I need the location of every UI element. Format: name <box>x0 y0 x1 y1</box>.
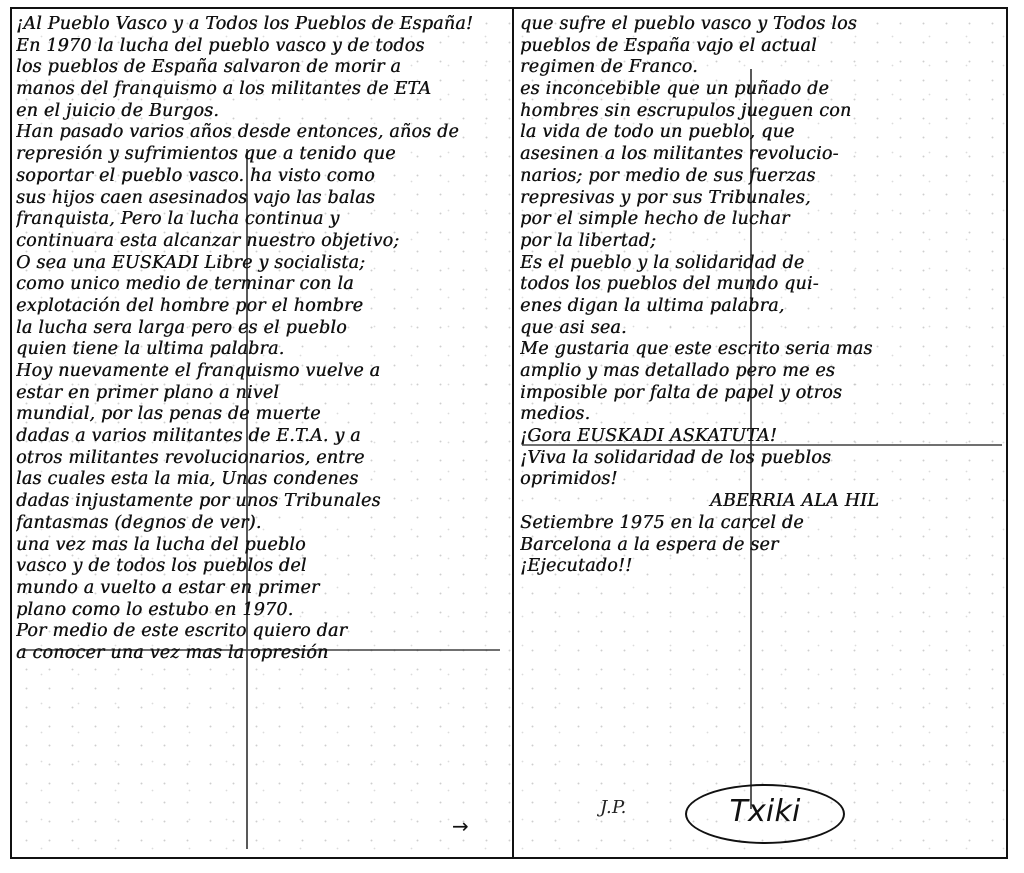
letter-line: sus hijos caen asesinados vajo las balas <box>16 188 494 210</box>
letter-line: vasco y de todos los pueblos del <box>16 556 494 578</box>
letter-line: En 1970 la lucha del pueblo vasco y de t… <box>16 36 494 58</box>
letter-line: regimen de Franco. <box>520 57 990 79</box>
continuation-arrow-icon: → <box>452 814 469 838</box>
letter-line: oprimidos! <box>520 469 990 491</box>
letter-line: las cuales esta la mia, Unas condenes <box>16 469 494 491</box>
letter-line: represión y sufrimientos que a tenido qu… <box>16 144 494 166</box>
letter-line: en el juicio de Burgos. <box>16 101 494 123</box>
signature: Txiki <box>685 784 845 844</box>
page-divider <box>512 9 514 857</box>
letter-line: enes digan la ultima palabra, <box>520 296 990 318</box>
letter-line: franquista, Pero la lucha continua y <box>16 209 494 231</box>
letter-line: mundo a vuelto a estar en primer <box>16 578 494 600</box>
initials: J.P. <box>600 797 627 818</box>
letter-line: plano como lo estubo en 1970. <box>16 600 494 622</box>
letter-line: quien tiene la ultima palabra. <box>16 339 494 361</box>
letter-line: Hoy nuevamente el franquismo vuelve a <box>16 361 494 383</box>
letter-line: soportar el pueblo vasco. ha visto como <box>16 166 494 188</box>
letter-line: imposible por falta de papel y otros <box>520 383 990 405</box>
letter-line: como unico medio de terminar con la <box>16 274 494 296</box>
letter-line: ¡Gora EUSKADI ASKATUTA! <box>520 426 990 448</box>
letter-line: la vida de todo un pueblo, que <box>520 122 990 144</box>
letter-line: pueblos de España vajo el actual <box>520 36 990 58</box>
letter-line: estar en primer plano a nivel <box>16 383 494 405</box>
letter-line: Setiembre 1975 en la carcel de <box>520 513 990 535</box>
letter-line: Por medio de este escrito quiero dar <box>16 621 494 643</box>
letter-line: hombres sin escrupulos jueguen con <box>520 101 990 123</box>
letter-line: por el simple hecho de luchar <box>520 209 990 231</box>
letter-line: represivas y por sus Tribunales, <box>520 188 990 210</box>
motto-line: ABERRIA ALA HIL <box>520 491 990 513</box>
letter-line: mundial, por las penas de muerte <box>16 404 494 426</box>
letter-page-left: ¡Al Pueblo Vasco y a Todos los Pueblos d… <box>16 14 494 665</box>
letter-line: Es el pueblo y la solidaridad de <box>520 253 990 275</box>
letter-line: una vez mas la lucha del pueblo <box>16 535 494 557</box>
letter-line: amplio y mas detallado pero me es <box>520 361 990 383</box>
letter-line: medios. <box>520 404 990 426</box>
letter-line: narios; por medio de sus fuerzas <box>520 166 990 188</box>
letter-line: dadas a varios militantes de E.T.A. y a <box>16 426 494 448</box>
letter-line: los pueblos de España salvaron de morir … <box>16 57 494 79</box>
letter-line: es inconcebible que un puñado de <box>520 79 990 101</box>
letter-line: fantasmas (degnos de ver). <box>16 513 494 535</box>
letter-line: otros militantes revolucionarios, entre <box>16 448 494 470</box>
letter-line: manos del franquismo a los militantes de… <box>16 79 494 101</box>
letter-line: Han pasado varios años desde entonces, a… <box>16 122 494 144</box>
letter-line: todos los pueblos del mundo qui- <box>520 274 990 296</box>
letter-line: que sufre el pueblo vasco y Todos los <box>520 14 990 36</box>
letter-line: continuara esta alcanzar nuestro objetiv… <box>16 231 494 253</box>
letter-line: que asi sea. <box>520 318 990 340</box>
letter-line: explotación del hombre por el hombre <box>16 296 494 318</box>
letter-line: asesinen a los militantes revolucio- <box>520 144 990 166</box>
letter-line: dadas injustamente por unos Tribunales <box>16 491 494 513</box>
letter-line: ¡Viva la solidaridad de los pueblos <box>520 448 990 470</box>
letter-line: la lucha sera larga pero es el pueblo <box>16 318 494 340</box>
letter-line: por la libertad; <box>520 231 990 253</box>
letter-line: Barcelona a la espera de ser <box>520 535 990 557</box>
letter-line: O sea una EUSKADI Libre y socialista; <box>16 253 494 275</box>
letter-page-right: que sufre el pueblo vasco y Todos los pu… <box>520 14 990 578</box>
letter-line: ¡Al Pueblo Vasco y a Todos los Pueblos d… <box>16 14 494 36</box>
letter-line: Me gustaria que este escrito seria mas <box>520 339 990 361</box>
letter-line: ¡Ejecutado!! <box>520 556 990 578</box>
letter-line: a conocer una vez mas la opresión <box>16 643 494 665</box>
signature-text: Txiki <box>685 794 845 829</box>
